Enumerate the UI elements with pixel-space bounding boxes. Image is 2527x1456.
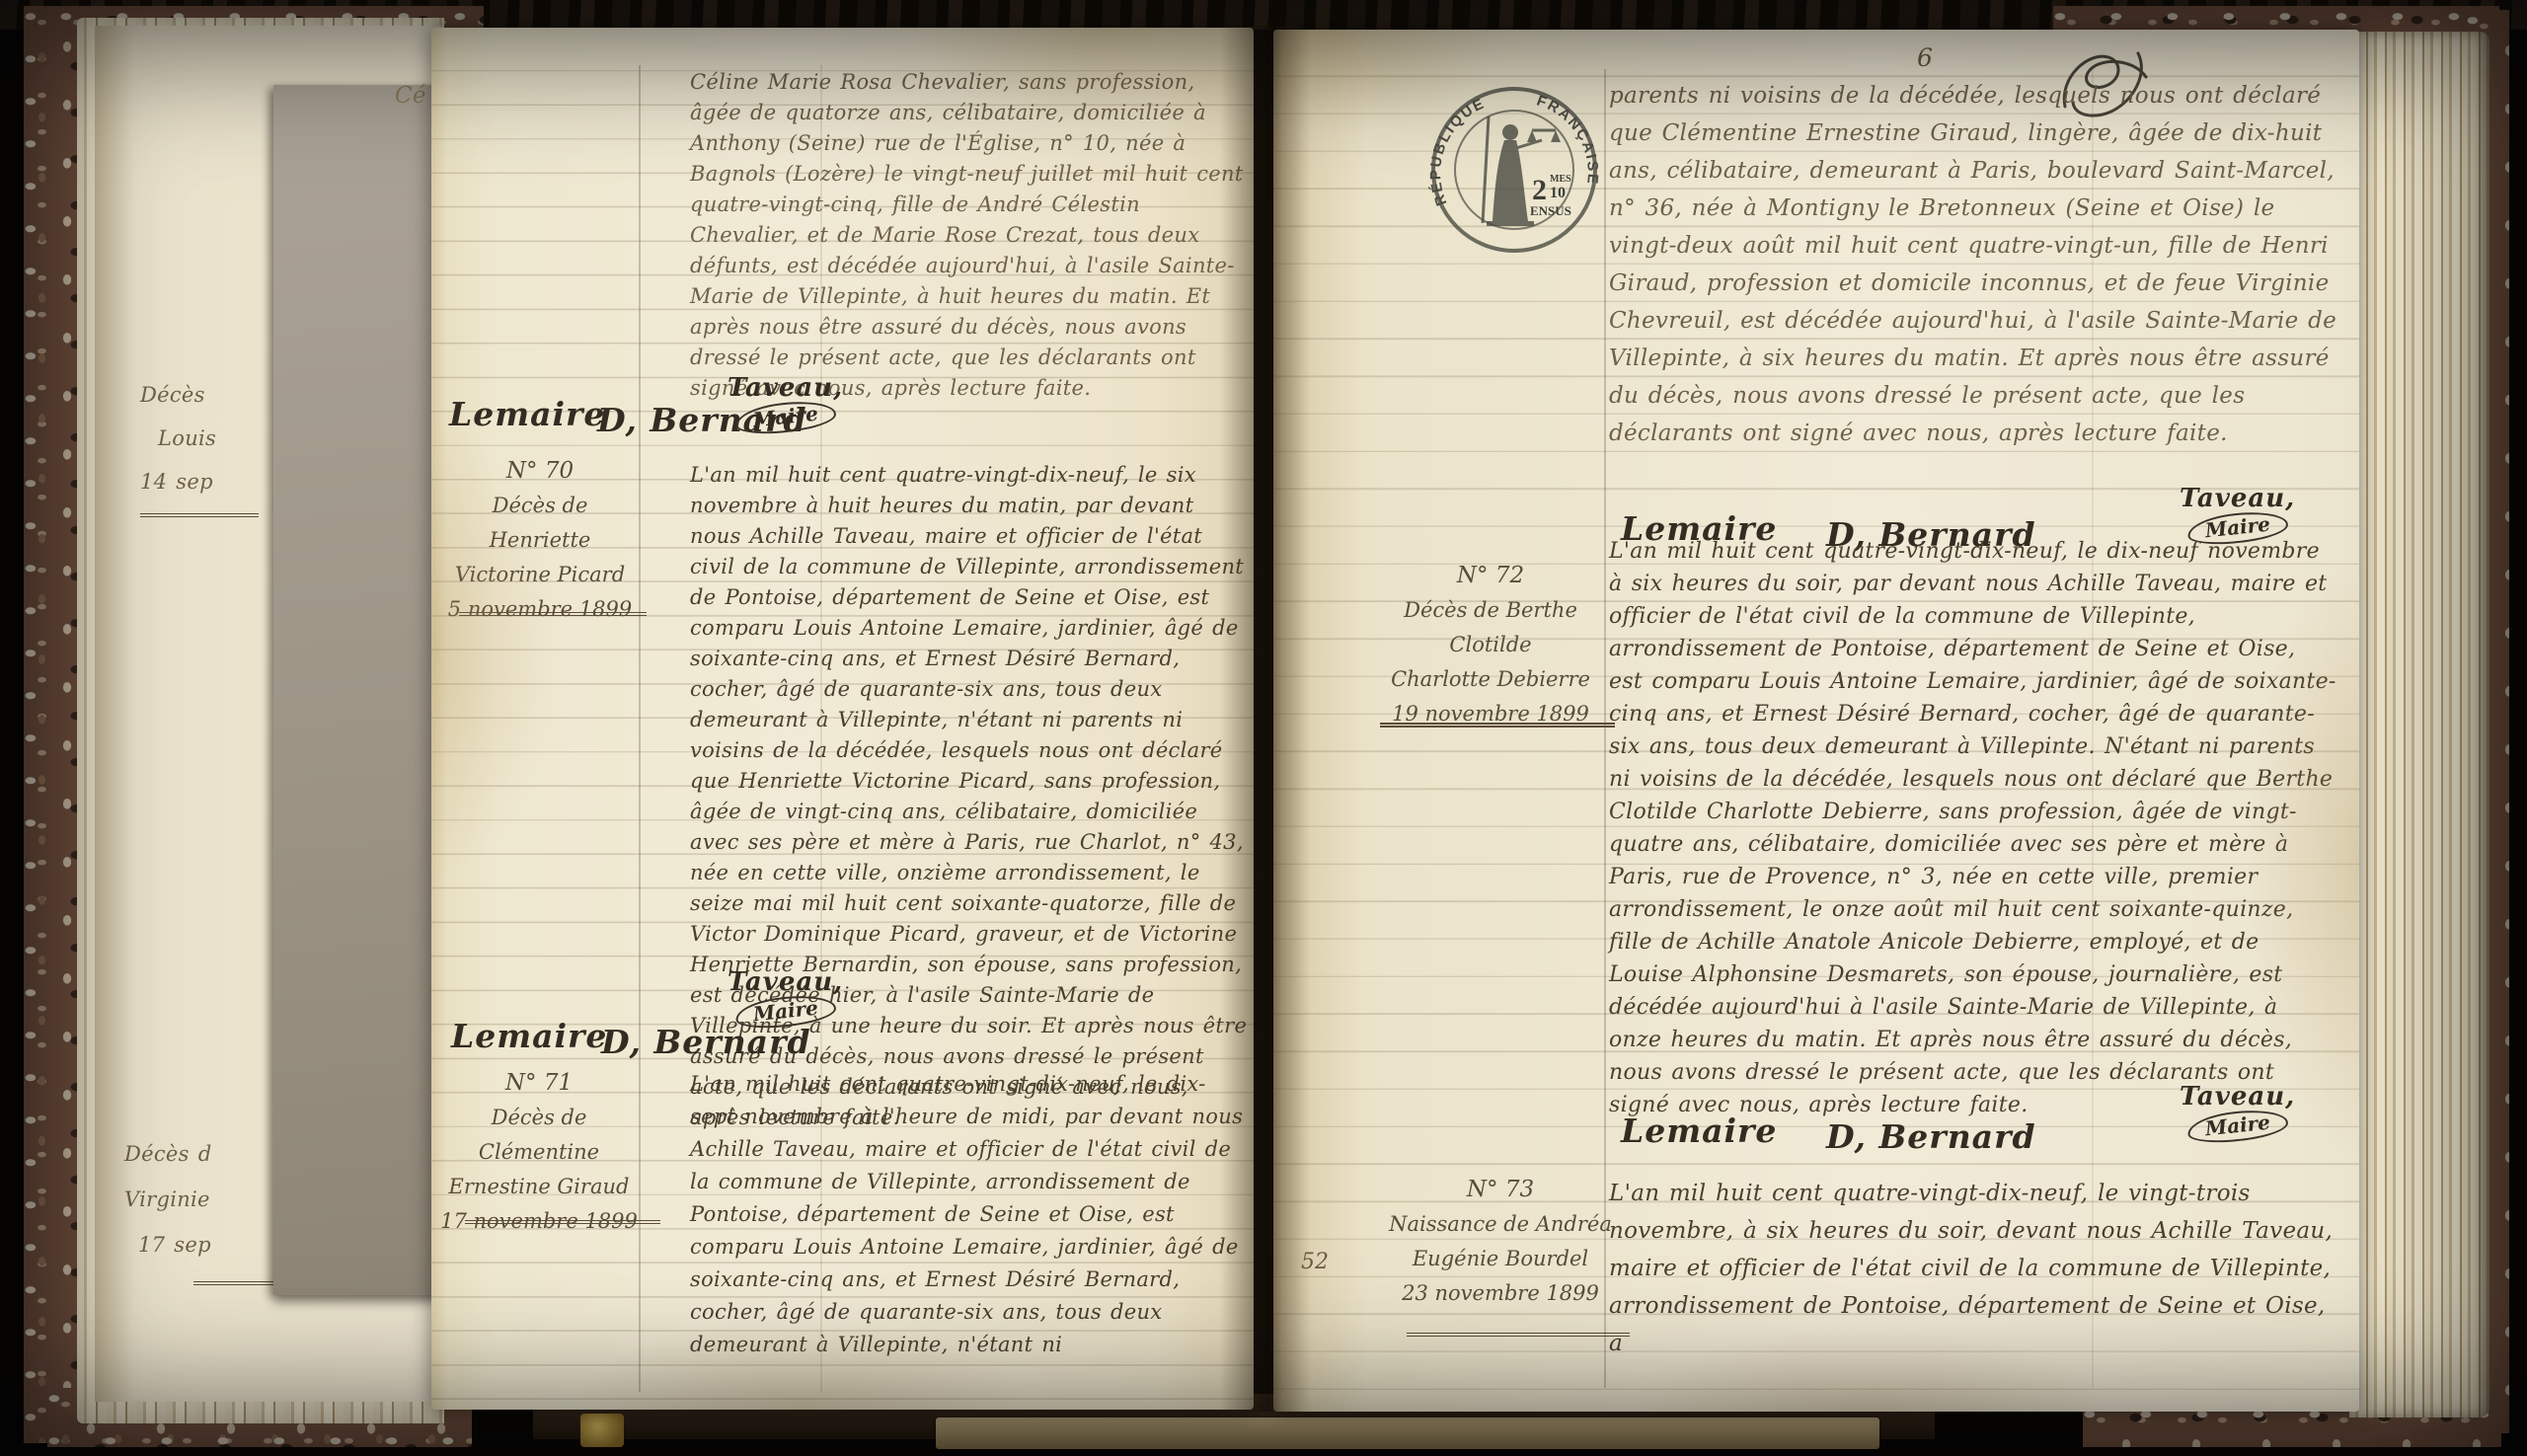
gray-blotter-card [273,85,443,1295]
signature-bernard: D, Bernard [601,1023,811,1061]
margin-rule-73 [1407,1333,1630,1337]
right-page: 6 RÉPUBLIQUE FRANÇAISE [1273,30,2359,1412]
margin-rule [140,513,259,517]
sheet-number: 52 [1301,1250,1329,1274]
signature-taveau-maire: Taveau, Maire [727,373,843,432]
act-73-text: L'an mil huit cent quatre-vingt-dix-neuf… [1609,1175,2337,1362]
act-71-continuation-text: parents ni voisins de la décédée, lesque… [1609,77,2337,452]
signature-lemaire: Lemaire [451,1017,607,1055]
margin-rule-71 [465,1220,660,1224]
left-page: Céline Marie Rosa Chevalier, sans profes… [431,28,1254,1410]
svg-text:MES: MES [1550,174,1571,185]
signature-taveau-maire: Taveau, Maire [2180,484,2295,543]
act-69-continuation-text: Céline Marie Rosa Chevalier, sans profes… [690,67,1251,404]
revenue-stamp: RÉPUBLIQUE FRANÇAISE 2 MES 10 ENSUS [1427,83,1601,257]
act-72-text: L'an mil huit cent quatre-vingt-dix-neuf… [1609,535,2337,1121]
signature-lemaire: Lemaire [1621,1111,1777,1150]
margin-rule-72 [1380,723,1615,728]
margin-note-70: N° 70 Décès de Henriette Victorine Picar… [441,454,639,627]
act-71-text: L'an mil huit cent quatre-vingt-dix-neuf… [690,1068,1251,1361]
signature-taveau-maire: Taveau, Maire [727,967,843,1027]
page-edge-fragment: Cé [395,83,426,109]
folio-number: 6 [1917,43,1933,72]
under-margin-note-top: Décès Louis 14 sep [140,373,259,517]
maire-oval: Maire [733,398,837,437]
margin-rule-70 [459,612,647,616]
svg-text:ENSUS: ENSUS [1530,203,1571,218]
signature-lemaire: Lemaire [449,395,605,433]
marbled-cover-left-edge [24,6,85,1443]
maire-oval: Maire [2185,1107,2289,1146]
svg-text:10: 10 [1550,185,1566,201]
register-photo: Décès Louis 14 sep Décès d Virginie 17 s… [0,0,2527,1456]
margin-note-73: N° 73 Naissance de Andréa Eugénie Bourde… [1382,1173,1619,1311]
signature-bernard: D, Bernard [1826,1117,2036,1156]
gold-clasp [580,1414,624,1447]
svg-text:2: 2 [1532,174,1547,206]
page-stack-right [2349,32,2489,1418]
margin-note-72: N° 72 Décès de Berthe Clotilde Charlotte… [1367,559,1614,731]
signature-taveau-maire: Taveau, Maire [2180,1082,2295,1141]
margin-note-71: N° 71 Décès de Clémentine Ernestine Gira… [437,1066,641,1239]
bottom-tan-bar [936,1418,1879,1449]
